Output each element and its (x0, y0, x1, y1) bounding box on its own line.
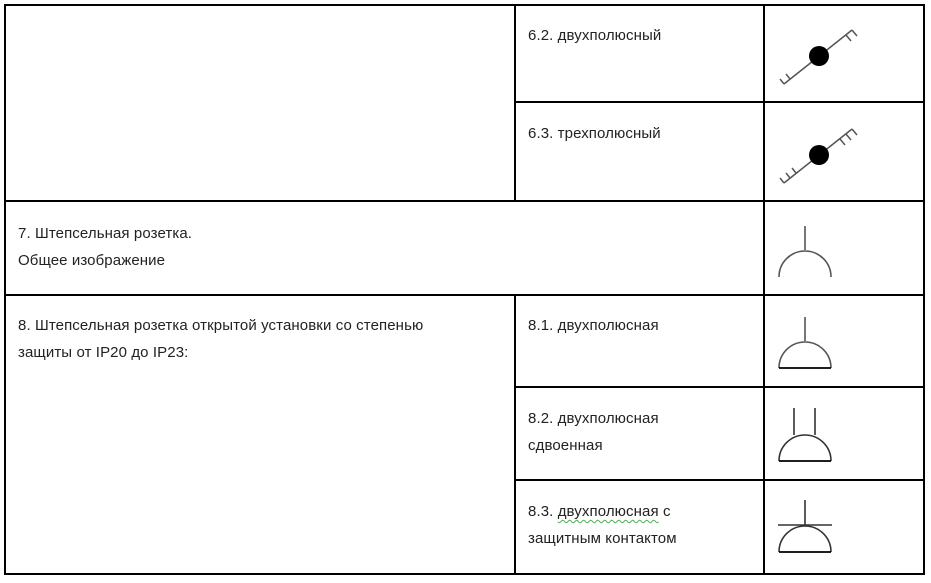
item-8-line-2: защиты от IP20 до IP23: (18, 339, 423, 366)
subitem-6-2-label: 6.2. двухполюсный (528, 22, 661, 49)
subitem-8-3-line-2: защитным контактом (528, 525, 677, 552)
table-border-right (923, 4, 925, 575)
symbols-table: 6.2. двухполюсный 6.3. трехполюсный 7. Ш… (4, 4, 924, 574)
subitem-8-3-label: 8.3. двухполюсная с защитным контактом (528, 498, 677, 552)
table-border-top (4, 4, 924, 6)
socket-general-icon (774, 222, 834, 282)
item-8-description: 8. Штепсельная розетка открытой установк… (18, 312, 423, 366)
subitem-8-2-label: 8.2. двухполюсная сдвоенная (528, 405, 659, 459)
spellcheck-flagged-word: двухполюсная (558, 503, 659, 520)
subitem-8-3-prefix: 8.3. (528, 503, 558, 520)
table-border-left (4, 4, 6, 575)
row-divider (514, 386, 924, 388)
item-7-line-1: 7. Штепсельная розетка. (18, 220, 192, 247)
subitem-6-3-label: 6.3. трехполюсный (528, 120, 661, 147)
socket-two-pole-icon (774, 315, 834, 375)
subitem-8-2-line-1: 8.2. двухполюсная (528, 405, 659, 432)
socket-two-pole-double-icon (774, 404, 834, 466)
column-divider (514, 294, 516, 575)
switch-three-pole-icon (774, 121, 864, 191)
table-border-bottom (4, 573, 924, 575)
row-divider (514, 479, 924, 481)
subitem-8-1-label: 8.1. двухполюсная (528, 312, 659, 339)
switch-two-pole-icon (774, 22, 864, 92)
item-8-line-1: 8. Штепсельная розетка открытой установк… (18, 312, 423, 339)
row-divider (4, 294, 924, 296)
socket-protective-contact-icon (774, 498, 836, 558)
row-divider (514, 101, 924, 103)
item-7-description: 7. Штепсельная розетка. Общее изображени… (18, 220, 192, 274)
column-divider (514, 4, 516, 202)
column-divider (763, 4, 765, 575)
subitem-8-3-suffix: с (659, 503, 671, 520)
row-divider (4, 200, 924, 202)
subitem-8-2-line-2: сдвоенная (528, 432, 659, 459)
item-7-line-2: Общее изображение (18, 247, 192, 274)
